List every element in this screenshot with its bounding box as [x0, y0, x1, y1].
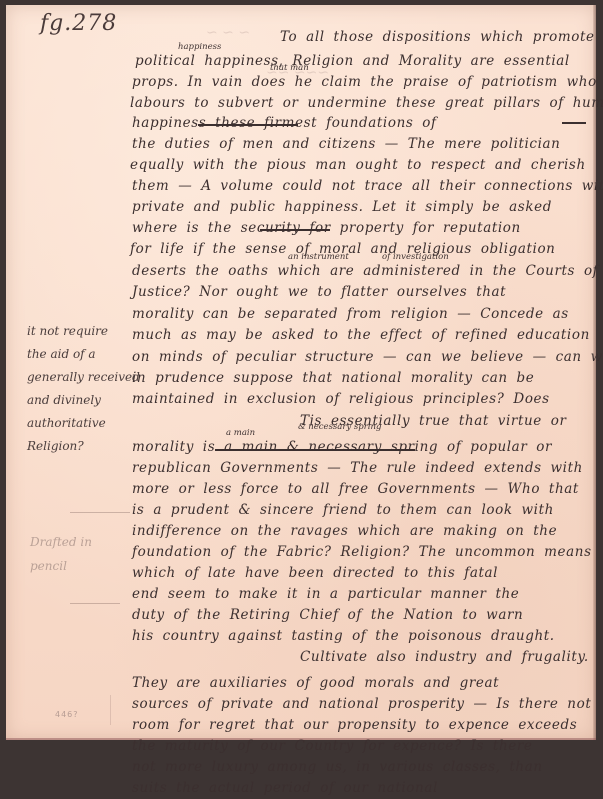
text-line: end seem to make it in a particular mann… [132, 583, 519, 605]
interlinear-insertion: happiness [178, 42, 221, 52]
text-line: political happiness, Religion and Morali… [135, 50, 570, 72]
margin-note-line: and divinely [27, 389, 127, 412]
text-line: To all those dispositions which promote … [280, 26, 603, 48]
text-line: where is the security for property for r… [132, 217, 521, 239]
text-line: more or less force to all free Governmen… [132, 478, 579, 500]
margin-note-line: the aid of a [27, 343, 127, 366]
text-line: deserts the oaths which are administered… [132, 260, 598, 282]
text-line: them — A volume could not trace all thei… [132, 175, 603, 197]
bleed-through-mark: ~ ~ ~ [206, 25, 250, 41]
margin-note-line: authoritative [27, 412, 127, 435]
interlinear-insertion: of investigation [382, 252, 449, 262]
text-line: happiness these firmest foundations of [132, 112, 437, 134]
page-edge-right [593, 5, 596, 740]
strikethrough-mark [215, 449, 415, 451]
text-line: the maturity of our Country for expence?… [132, 735, 533, 748]
text-line: labours to subvert or undermine these gr… [130, 92, 603, 114]
text-line: morality is a main & necessary spring of… [132, 436, 552, 458]
margin-rule [70, 603, 120, 604]
text-line: which of late have been directed to this… [132, 562, 498, 584]
archive-stamp-number: 446? [55, 710, 79, 719]
text-line: indifference on the ravages which are ma… [132, 520, 557, 542]
manuscript-scan: ~ ~ ~ ~~~ ~~ fg.278 To all those disposi… [0, 0, 603, 748]
margin-rule [70, 512, 130, 513]
faded-note-line: Drafted in [30, 530, 92, 554]
text-line: private and public happiness. Let it sim… [132, 196, 552, 218]
strikethrough-mark [260, 229, 330, 231]
text-line: is a prudent & sincere friend to them ca… [132, 499, 554, 521]
interlinear-insertion: an instrument [288, 252, 349, 262]
text-line: duty of the Retiring Chief of the Nation… [132, 604, 523, 626]
text-line: Cultivate also industry and frugality. [300, 646, 589, 668]
interlinear-insertion: a main [226, 428, 255, 438]
folio-number: fg.278 [40, 11, 117, 36]
text-line: props. In vain does he claim the praise … [132, 71, 597, 93]
interlinear-insertion: & necessary spring [298, 422, 381, 432]
text-line: much as may be asked to the effect of re… [132, 324, 590, 346]
text-line: sources of private and national prosperi… [132, 693, 591, 715]
text-line: on minds of peculiar structure — can we … [132, 346, 603, 368]
margin-note-line: generally received [27, 366, 127, 389]
text-line: republican Governments — The rule indeed… [132, 457, 583, 479]
strikethrough-mark [198, 124, 298, 126]
margin-note-line: Religion? [27, 435, 127, 458]
margin-note: it not require the aid of a generally re… [27, 320, 127, 458]
text-line: morality can be separated from religion … [132, 303, 569, 325]
text-line: in prudence suppose that national morali… [132, 367, 534, 389]
text-line: maintained in exclusion of religious pri… [132, 388, 550, 410]
text-line: his country against tasting of the poiso… [132, 625, 555, 647]
margin-note-line: it not require [27, 320, 127, 343]
text-line: the duties of men and citizens — The mer… [132, 133, 560, 155]
faded-pencil-note: Drafted in pencil [30, 530, 92, 578]
text-line: They are auxiliaries of good morals and … [132, 672, 499, 694]
strikethrough-mark [562, 122, 586, 124]
faded-note-line: pencil [30, 554, 92, 578]
text-line: foundation of the Fabric? Religion? The … [132, 541, 592, 563]
interlinear-insertion: that man [270, 63, 309, 73]
text-line: room for regret that our propensity to e… [132, 714, 577, 736]
text-line: equally with the pious man ought to resp… [130, 154, 586, 176]
text-line: Justice? Nor ought we to flatter ourselv… [132, 281, 506, 303]
